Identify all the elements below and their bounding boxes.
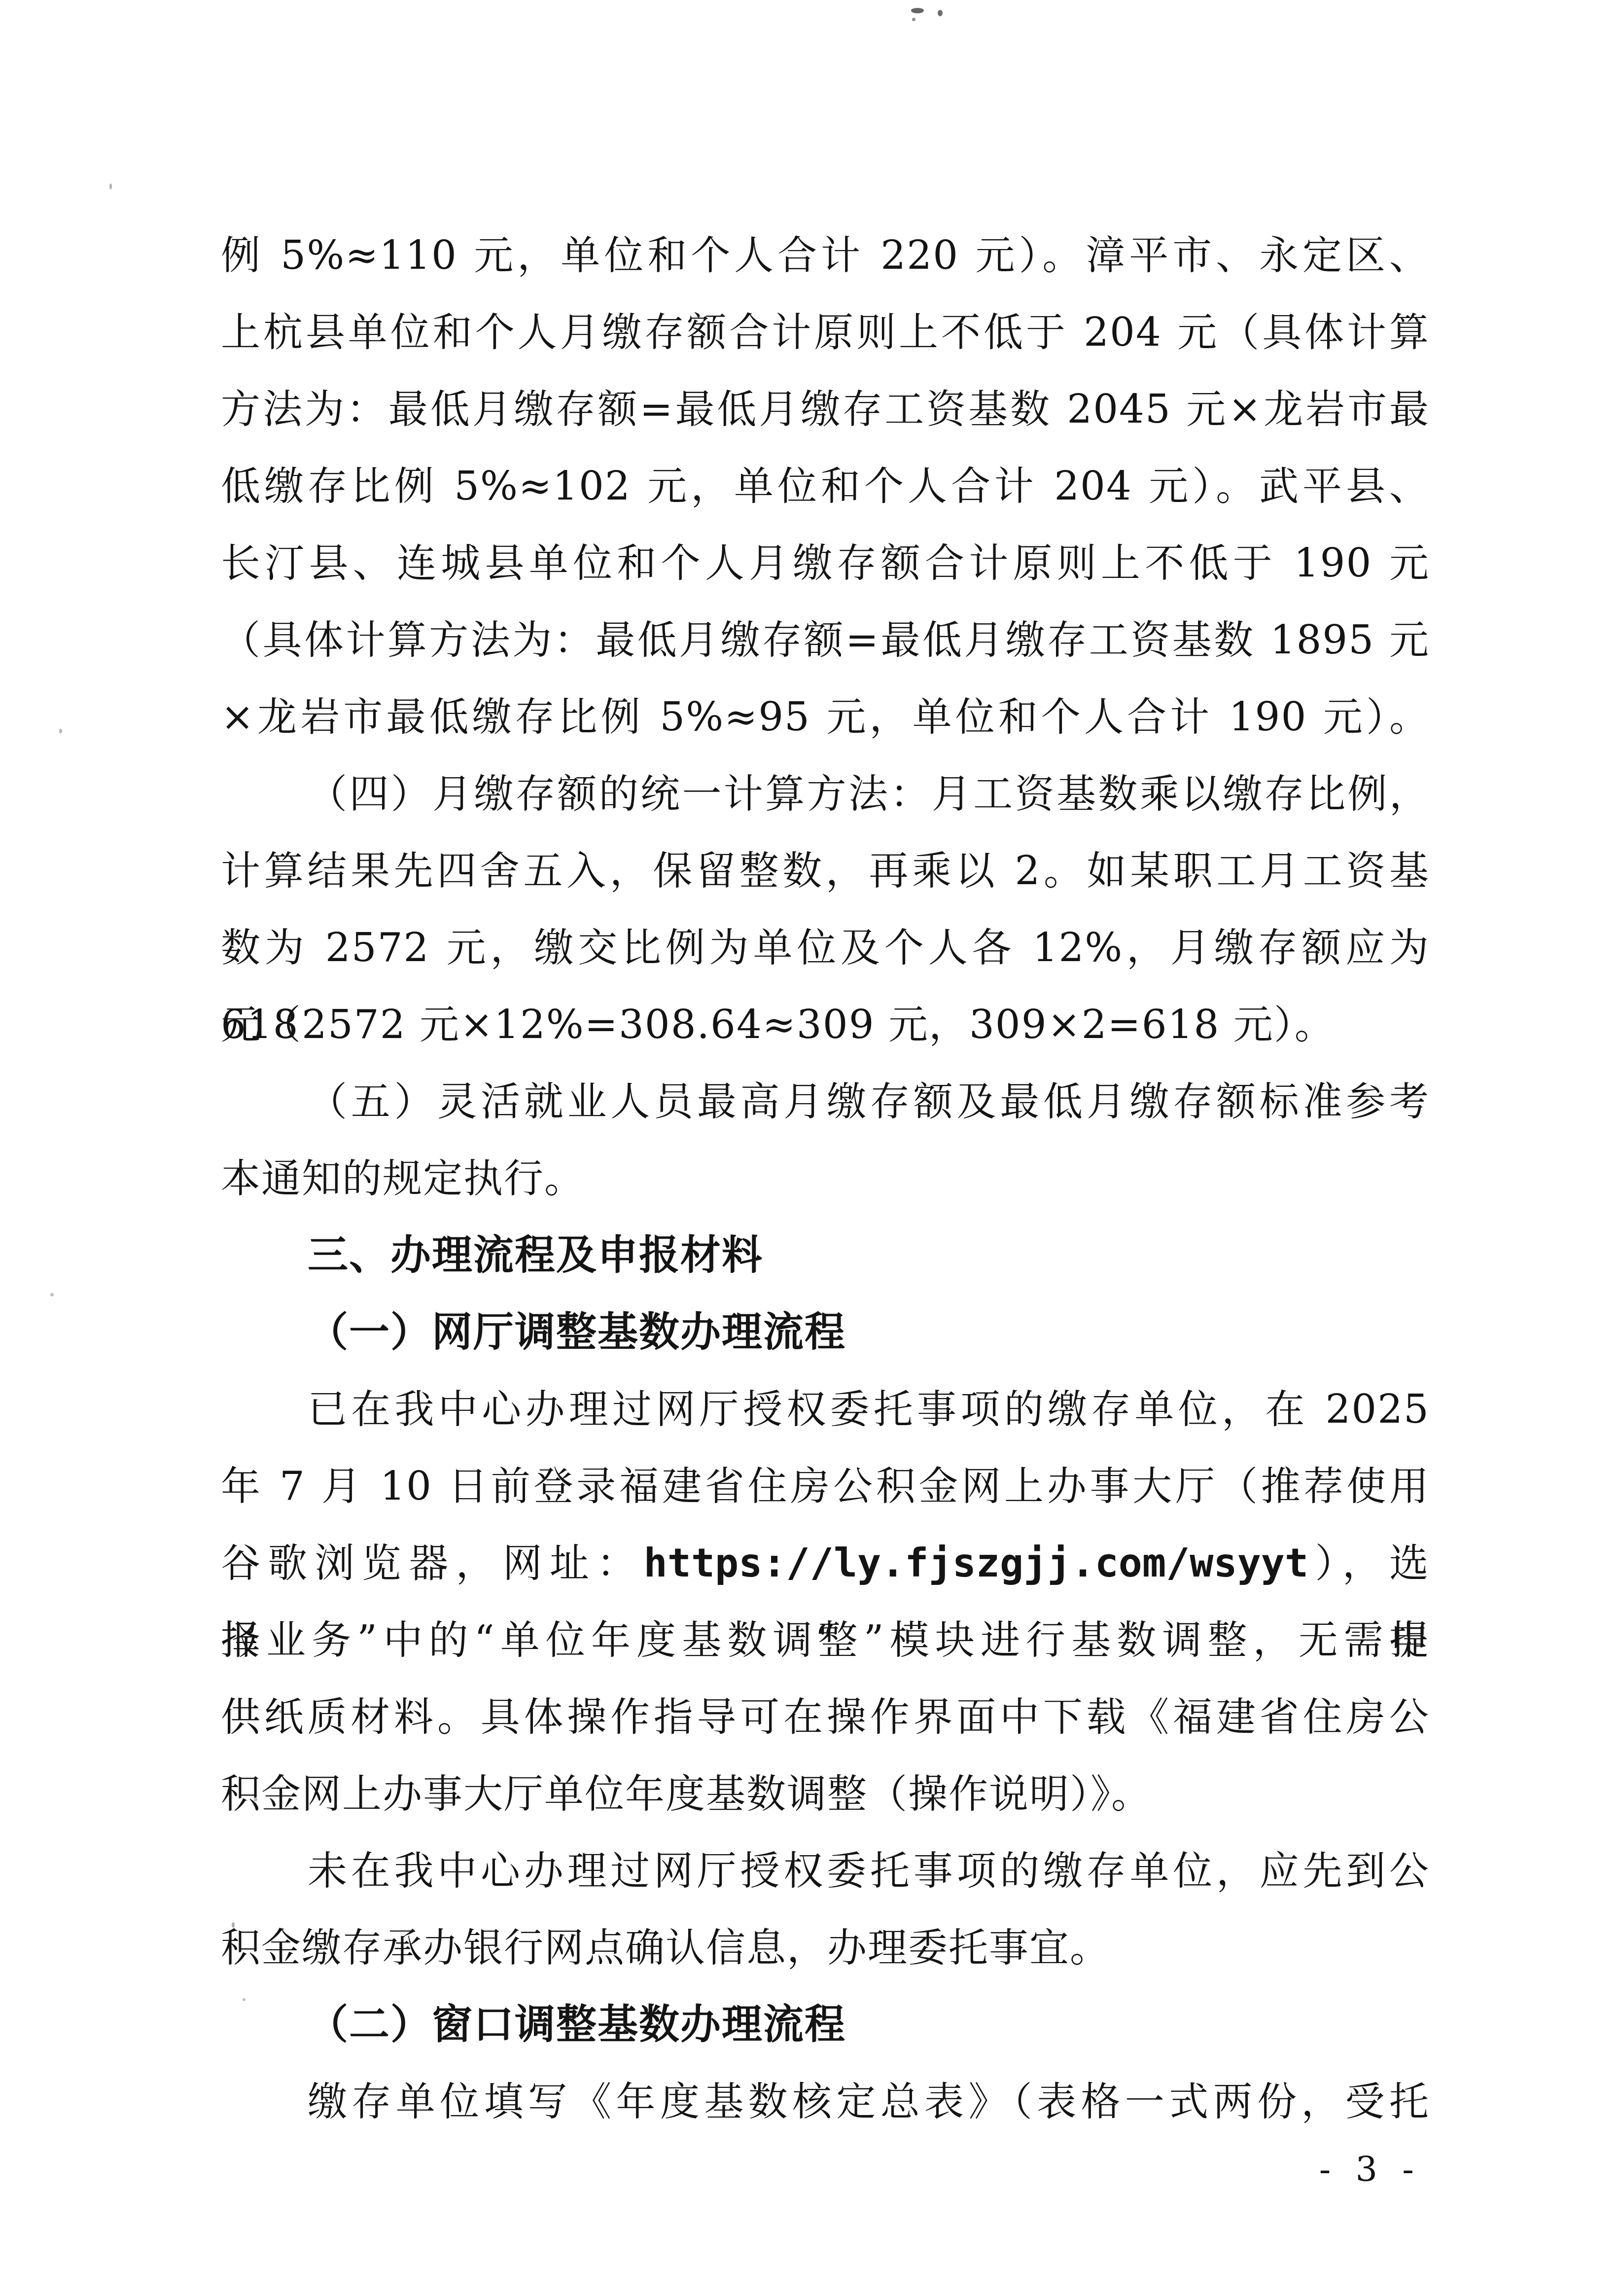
url-line-pre: 谷歌浏览器，网址：: [221, 1540, 644, 1586]
doc-line-12-para-5-start: （五）灵活就业人员最高月缴存额及最低月缴存额标准参考: [221, 1063, 1430, 1140]
doc-line-7: ×龙岩市最低缴存比例 5%≈95 元，单位和个人合计 190 元）。: [221, 679, 1430, 755]
doc-line-19: 报业务”中的“单位年度基数调整”模块进行基数调整，无需提: [221, 1602, 1430, 1679]
doc-line-17: 年 7 月 10 日前登录福建省住房公积金网上办事大厅（推荐使用: [221, 1448, 1430, 1525]
subheading-1-online-process: （一）网厅调整基数办理流程: [221, 1294, 1430, 1371]
portal-url: https://ly.fjszgjj.com/wsyyt: [644, 1540, 1309, 1586]
scan-speck: [109, 183, 112, 189]
doc-line-8-para-4-start: （四）月缴存额的统一计算方法：月工资基数乘以缴存比例，: [221, 755, 1430, 832]
scan-speck: [938, 10, 943, 16]
doc-line-21: 积金网上办事大厅单位年度基数调整（操作说明）》。: [221, 1756, 1430, 1832]
scan-speck: [912, 18, 915, 21]
doc-line-2: 上杭县单位和个人月缴存额合计原则上不低于 204 元（具体计算: [221, 294, 1430, 371]
doc-line-6: （具体计算方法为：最低月缴存额=最低月缴存工资基数 1895 元: [221, 602, 1430, 679]
scan-speck: [50, 1293, 54, 1296]
subheading-2-window-process: （二）窗口调整基数办理流程: [221, 1986, 1430, 2063]
page-number: - 3 -: [221, 2142, 1421, 2196]
doc-line-5: 长汀县、连城县单位和个人月缴存额合计原则上不低于 190 元: [221, 525, 1430, 602]
doc-line-25-para-start: 缴存单位填写《年度基数核定总表》（表格一式两份，受托: [221, 2063, 1430, 2140]
doc-line-11: 元（2572 元×12%=308.64≈309 元，309×2=618 元）。: [221, 986, 1430, 1063]
scan-speck: [59, 729, 62, 733]
doc-line-3: 方法为：最低月缴存额=最低月缴存工资基数 2045 元×龙岩市最: [221, 371, 1430, 448]
doc-line-1: 例 5%≈110 元，单位和个人合计 220 元）。漳平市、永定区、: [221, 217, 1430, 294]
doc-line-10: 数为 2572 元，缴交比例为单位及个人各 12%，月缴存额应为 618: [221, 909, 1430, 986]
doc-line-4: 低缴存比例 5%≈102 元，单位和个人合计 204 元）。武平县、: [221, 448, 1430, 525]
doc-line-13: 本通知的规定执行。: [221, 1140, 1430, 1217]
section-heading-3: 三、办理流程及申报材料: [221, 1217, 1430, 1294]
doc-line-18-url-line: 谷歌浏览器，网址：https://ly.fjszgjj.com/wsyyt），选…: [221, 1525, 1430, 1602]
scan-speck: [911, 8, 924, 13]
document-page: 例 5%≈110 元，单位和个人合计 220 元）。漳平市、永定区、 上杭县单位…: [0, 0, 1618, 2296]
doc-line-23: 积金缴存承办银行网点确认信息，办理委托事宜。: [221, 1909, 1430, 1986]
body-text-block: 例 5%≈110 元，单位和个人合计 220 元）。漳平市、永定区、 上杭县单位…: [221, 217, 1430, 2140]
doc-line-9: 计算结果先四舍五入，保留整数，再乘以 2。如某职工月工资基: [221, 832, 1430, 909]
doc-line-22-para-start: 未在我中心办理过网厅授权委托事项的缴存单位，应先到公: [221, 1832, 1430, 1909]
doc-line-16-para-start: 已在我中心办理过网厅授权委托事项的缴存单位，在 2025: [221, 1371, 1430, 1448]
doc-line-20: 供纸质材料。具体操作指导可在操作界面中下载《福建省住房公: [221, 1679, 1430, 1756]
